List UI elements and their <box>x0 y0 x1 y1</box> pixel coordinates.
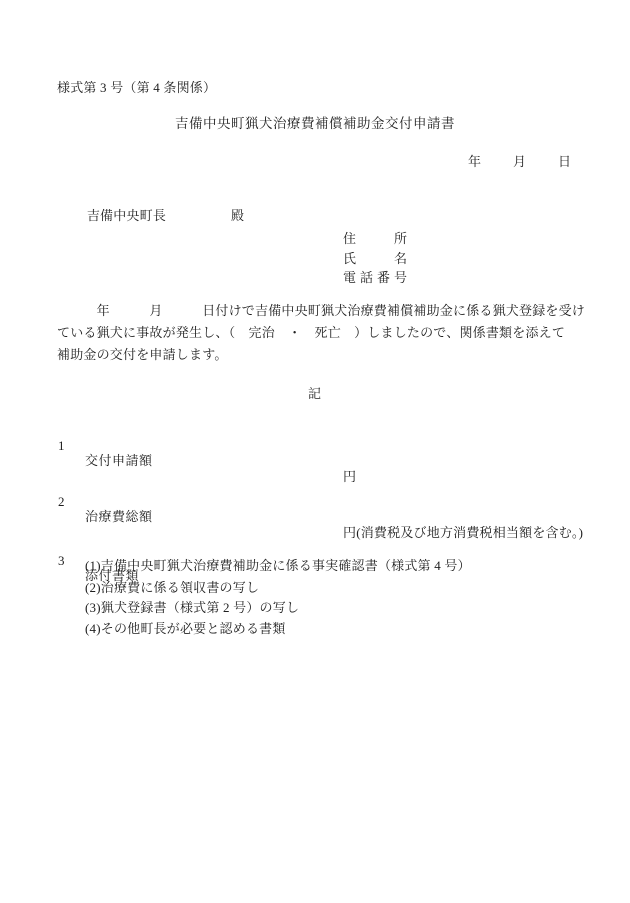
body-paragraph-line: 年 月 日付けで吉備中央町猟犬治療費補償補助金に係る猟犬登録を受け <box>57 303 578 319</box>
item-number: 2 <box>58 494 65 510</box>
addressee-name: 吉備中央町長 <box>87 208 166 223</box>
item-label: 交付申請額 <box>85 453 153 469</box>
document-title: 吉備中央町猟犬治療費補償補助金交付申請書 <box>0 116 630 132</box>
record-marker: 記 <box>0 386 630 402</box>
attachment-item: (4)その他町長が必要と認める書類 <box>85 621 286 637</box>
body-paragraph-line: 補助金の交付を申請します。 <box>57 347 578 363</box>
applicant-phone-label: 電話番号 <box>343 270 411 286</box>
item-row-treatment-total: 2 治療費総額 円(消費税及び地方消費税相当額を含む。) <box>57 478 630 494</box>
attachment-item: (1)吉備中央町猟犬治療費補助金に係る事実確認書（様式第 4 号） <box>85 558 471 574</box>
item-label: 治療費総額 <box>85 509 153 525</box>
item-number: 3 <box>58 553 65 569</box>
item-row-grant-amount: 1 交付申請額 円 <box>57 422 630 438</box>
addressee-line: 吉備中央町長殿 <box>73 192 244 239</box>
attachment-item: (2)治療費に係る領収書の写し <box>85 580 259 596</box>
item-number: 1 <box>58 438 65 454</box>
applicant-name-label: 氏 名 <box>343 251 411 267</box>
item-row-attachments: 3 添付書類 <box>57 537 630 553</box>
date-blank-line: 年 月 日 <box>468 154 573 170</box>
applicant-address-label: 住 所 <box>343 231 411 247</box>
addressee-honorific: 殿 <box>231 208 244 223</box>
document-page: 様式第 3 号（第 4 条関係） 吉備中央町猟犬治療費補償補助金交付申請書 年 … <box>0 0 630 903</box>
form-number: 様式第 3 号（第 4 条関係） <box>57 80 216 96</box>
attachment-item: (3)猟犬登録書（様式第 2 号）の写し <box>85 600 299 616</box>
body-paragraph-line: ている猟犬に事故が発生し、（ 完治 ・ 死亡 ）しましたので、関係書類を添えて <box>57 325 578 341</box>
